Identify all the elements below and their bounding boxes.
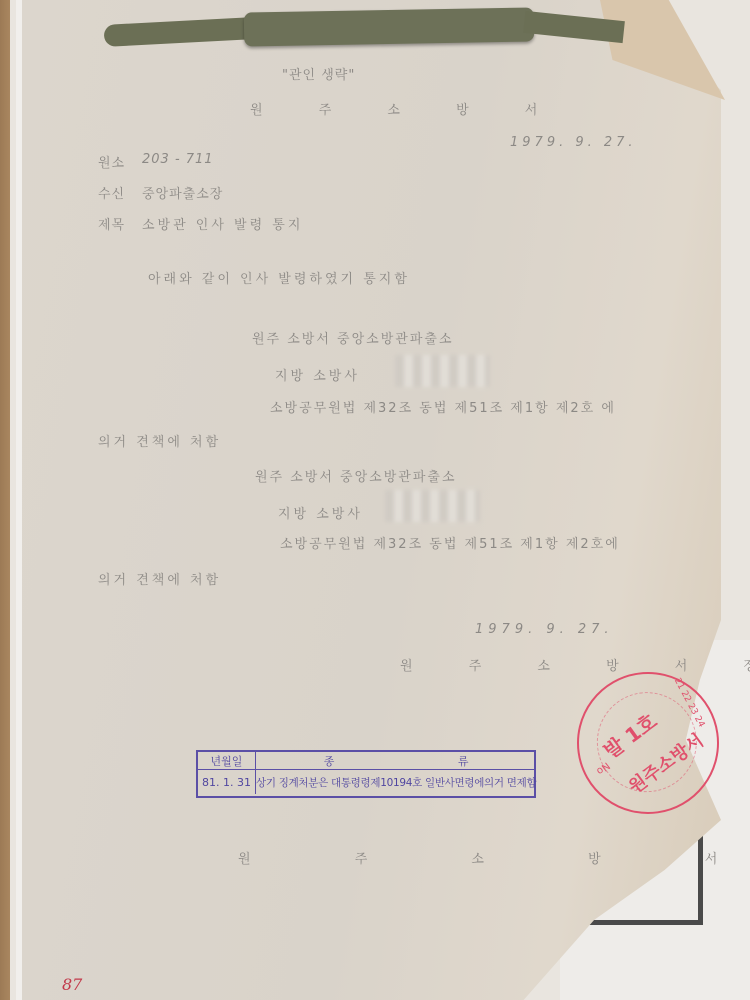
stamp-row-content: 상기 징계처분은 대통령령제10194호 일반사면령에의거 면제함 (256, 770, 536, 794)
stamp-row-date: 81. 1. 31 (198, 770, 256, 794)
document-date: 1979. 9. 27. (510, 135, 637, 150)
closing-signature: 원 주 소 방 서 장 (400, 655, 750, 674)
binder-clip-tongue (104, 17, 255, 47)
issuer-header: 원 주 소 방 서 (250, 99, 563, 118)
handwritten-page-number: 87 (62, 975, 82, 994)
body-intro: 아래와 같이 인사 발령하였기 통지함 (148, 268, 410, 287)
entry-2-office: 원주 소방서 중앙소방관파출소 (255, 466, 457, 485)
binder-clip-body (244, 7, 535, 46)
stamp-header-date: 년월일 (198, 752, 256, 770)
entry-1-rank: 지방 소방사 (275, 365, 360, 384)
amnesty-stamp-table: 년월일 종 류 81. 1. 31 상기 징계처분은 대통령령제10194호 일… (196, 750, 536, 798)
doc-number: 203 - 711 (142, 152, 214, 167)
entry-2-law-ref: 소방공무원법 제32조 동법 제51조 제1항 제2호에 (280, 533, 620, 552)
binder-clip-strap (523, 11, 625, 43)
recipient-label: 수신 (98, 183, 125, 202)
closing-date: 1979. 9. 27. (475, 622, 614, 637)
binder-clip (104, 8, 624, 44)
subject-label: 제목 (98, 214, 125, 233)
entry-1-name-redacted (395, 355, 490, 387)
footer-signature: 원 주 소 방 서 장 (238, 848, 750, 867)
stamp-header-type: 종 류 (256, 752, 536, 770)
entry-1-office: 원주 소방서 중앙소방관파출소 (252, 328, 454, 347)
paper-binding-edge (16, 0, 22, 1000)
entry-2-action: 의거 견책에 처함 (98, 569, 221, 588)
entry-2-rank: 지방 소방사 (278, 503, 363, 522)
classification-note: "관인 생략" (282, 64, 355, 83)
subject: 소방관 인사 발령 통지 (142, 214, 303, 233)
entry-1-law-ref: 소방공무원법 제32조 동법 제51조 제1항 제2호 에 (270, 397, 616, 416)
doc-number-label: 원소 (98, 152, 125, 171)
recipient: 중앙파출소장 (142, 183, 223, 202)
entry-2-name-redacted (385, 490, 480, 522)
entry-1-action: 의거 견책에 처함 (98, 431, 221, 450)
